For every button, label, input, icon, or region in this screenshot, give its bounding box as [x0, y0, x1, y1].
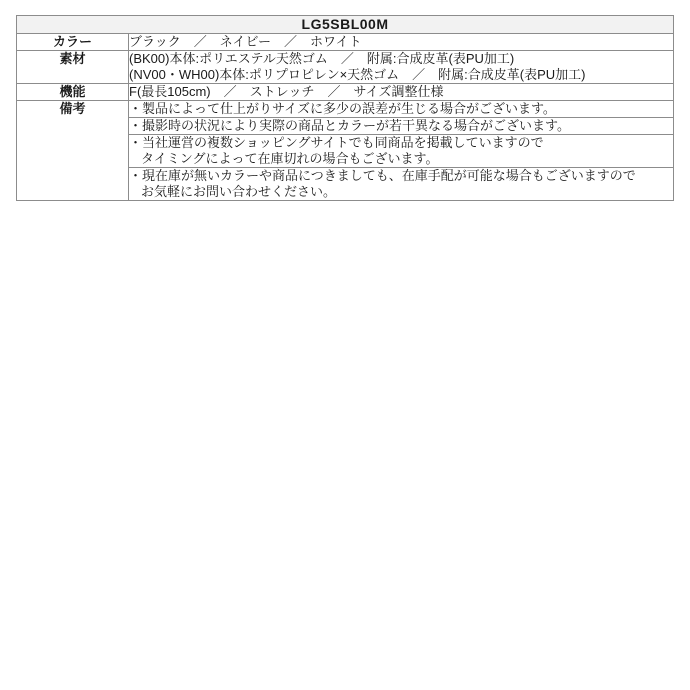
row-label-material: 素材 — [17, 51, 129, 84]
function-value: F(最長105cm) ／ ストレッチ ／ サイズ調整仕様 — [129, 84, 674, 101]
product-code: LG5SBL00M — [17, 16, 674, 34]
note-item-4: ・現在庫が無いカラーや商品につきましても、在庫手配が可能な場合もございますので … — [129, 168, 674, 201]
product-spec-table: LG5SBL00M カラー ブラック ／ ネイビー ／ ホワイト 素材 (BK0… — [16, 15, 674, 201]
table-row-product-code: LG5SBL00M — [17, 16, 674, 34]
table-row-color: カラー ブラック ／ ネイビー ／ ホワイト — [17, 34, 674, 51]
row-label-notes: 備考 — [17, 101, 129, 201]
note-item-3-line-1: ・当社運営の複数ショッピングサイトでも同商品を掲載していますので — [129, 135, 673, 151]
material-value: (BK00)本体:ポリエステル天然ゴム ／ 附属:合成皮革(表PU加工) (NV… — [129, 51, 674, 84]
note-item-4-line-2: お気軽にお問い合わせください。 — [129, 184, 673, 200]
note-item-4-line-1: ・現在庫が無いカラーや商品につきましても、在庫手配が可能な場合もございますので — [129, 168, 673, 184]
table-row-notes-1: 備考 ・製品によって仕上がりサイズに多少の誤差が生じる場合がございます。 — [17, 101, 674, 118]
note-item-3: ・当社運営の複数ショッピングサイトでも同商品を掲載していますので タイミングによ… — [129, 135, 674, 168]
color-value: ブラック ／ ネイビー ／ ホワイト — [129, 34, 674, 51]
note-item-2: ・撮影時の状況により実際の商品とカラーが若干異なる場合がございます。 — [129, 118, 674, 135]
table-row-material: 素材 (BK00)本体:ポリエステル天然ゴム ／ 附属:合成皮革(表PU加工) … — [17, 51, 674, 84]
row-label-color: カラー — [17, 34, 129, 51]
table-row-function: 機能 F(最長105cm) ／ ストレッチ ／ サイズ調整仕様 — [17, 84, 674, 101]
material-line-2: (NV00・WH00)本体:ポリプロピレン×天然ゴム ／ 附属:合成皮革(表PU… — [129, 67, 673, 83]
material-line-1: (BK00)本体:ポリエステル天然ゴム ／ 附属:合成皮革(表PU加工) — [129, 51, 673, 67]
row-label-function: 機能 — [17, 84, 129, 101]
note-item-1: ・製品によって仕上がりサイズに多少の誤差が生じる場合がございます。 — [129, 101, 674, 118]
note-item-3-line-2: タイミングによって在庫切れの場合もございます。 — [129, 151, 673, 167]
